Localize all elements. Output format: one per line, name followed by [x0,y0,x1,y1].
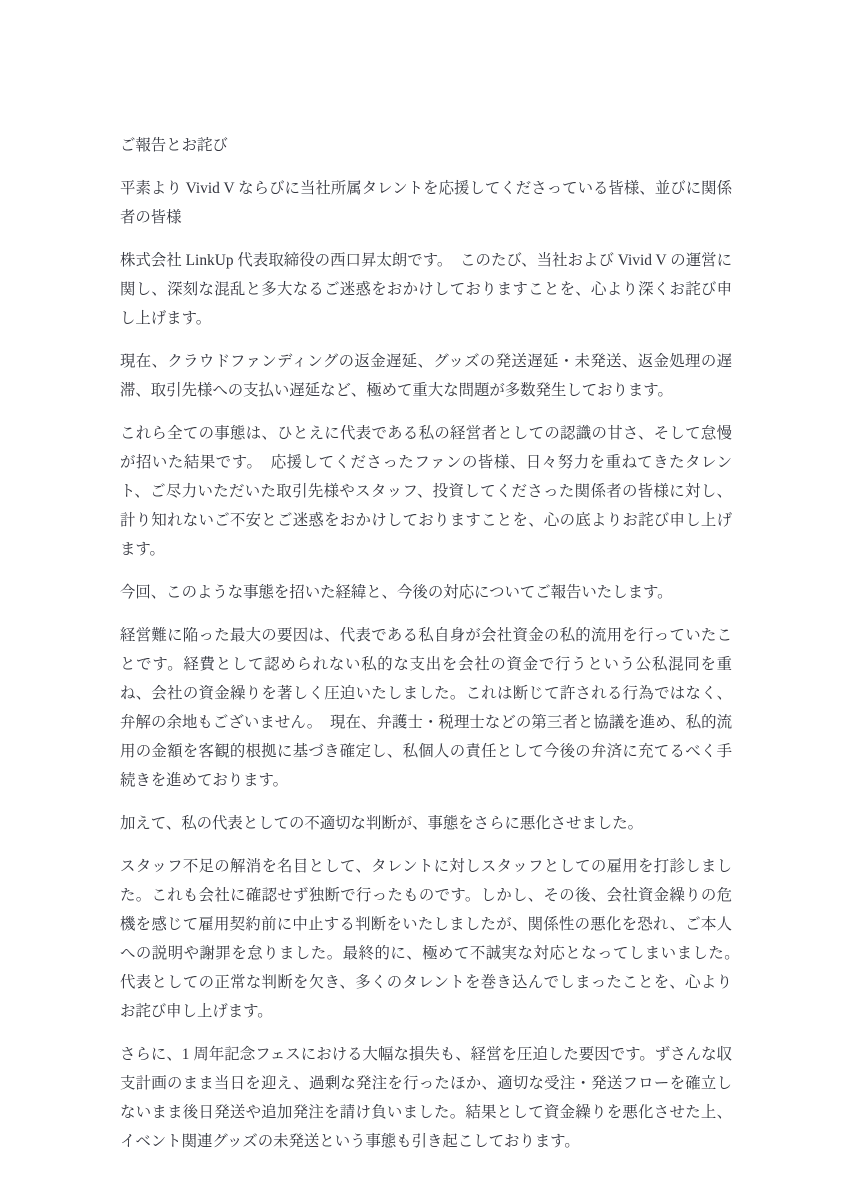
paragraph-fes-losses: さらに、1 周年記念フェスにおける大幅な損失も、経営を圧迫した要因です。ずさんな… [120,1040,732,1156]
paragraph-current-issues: 現在、クラウドファンディングの返金遅延、グッズの発送遅延・未発送、返金処理の遅滞… [120,347,732,405]
paragraph-hiring-issue: スタッフ不足の解消を名目として、タレントに対しスタッフとしての雇用を打診しました… [120,852,732,1026]
paragraph-report-intent: 今回、このような事態を招いた経緯と、今後の対応についてご報告いたします。 [120,578,732,607]
document-body: ご報告とお詫び 平素より Vivid V ならびに当社所属タレントを応援してくだ… [120,131,732,1170]
paragraph-bad-judgement: 加えて、私の代表としての不適切な判断が、事態をさらに悪化させました。 [120,809,732,838]
document-page: ご報告とお詫び 平素より Vivid V ならびに当社所属タレントを応援してくだ… [0,0,849,1200]
document-title: ご報告とお詫び [120,131,732,160]
paragraph-addressees: 平素より Vivid V ならびに当社所属タレントを応援してくださっている皆様、… [120,174,732,232]
paragraph-misappropriation: 経営難に陥った最大の要因は、代表である私自身が会社資金の私的流用を行っていたこと… [120,621,732,795]
paragraph-responsibility: これら全ての事態は、ひとえに代表である私の経営者としての認識の甘さ、そして怠慢が… [120,419,732,564]
paragraph-introduction: 株式会社 LinkUp 代表取締役の西口昇太朗です。 このたび、当社および Vi… [120,246,732,333]
